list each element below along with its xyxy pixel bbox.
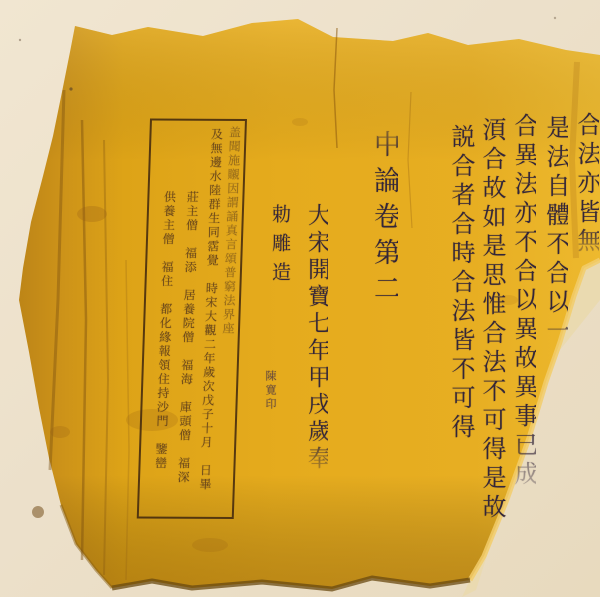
donor-column-3: 莊主僧 福添 居養院僧 福海 庫頭僧 福深 — [177, 191, 199, 485]
sutra-column-3: 合異法亦不合以異故異事已成 — [512, 113, 536, 490]
paper-fragment — [0, 0, 600, 597]
carver-mark: 陳寛印 — [265, 370, 276, 412]
sutra-column-1: 合法亦皆無 — [575, 112, 599, 257]
donor-column-2: 及無邊水陸群生同霑覺 時宋大觀二年歲次戊子十月 日畢 — [199, 128, 223, 492]
sutra-column-5: 説合者合時合法皆不可得 — [449, 124, 473, 443]
colophon-edict-line: 勅雕造 — [270, 204, 289, 291]
scroll-title: 中論卷第二 — [371, 130, 398, 310]
donor-column-4: 供養主僧 福住 都化緣報領住持沙門 鑒巒 — [154, 191, 175, 471]
sutra-column-4: 湏合故如是思惟合法不可得是故 — [480, 117, 504, 523]
sutra-column-2: 是法自體不合以一 — [544, 115, 568, 347]
donor-colophon-box: 盖聞施䞋因謂誦真言頌普窮法界座 及無邊水陸群生同霑覺 時宋大觀二年歲次戊子十月 … — [137, 118, 247, 519]
donor-column-1: 盖聞施䞋因謂誦真言頌普窮法界座 — [222, 126, 241, 336]
imperial-colophon: 大宋開寶七年甲戌歲奉 — [305, 203, 328, 473]
photo-background: 合法亦皆無 是法自體不合以一 合異法亦不合以異故異事已成 湏合故如是思惟合法不可… — [0, 0, 600, 597]
